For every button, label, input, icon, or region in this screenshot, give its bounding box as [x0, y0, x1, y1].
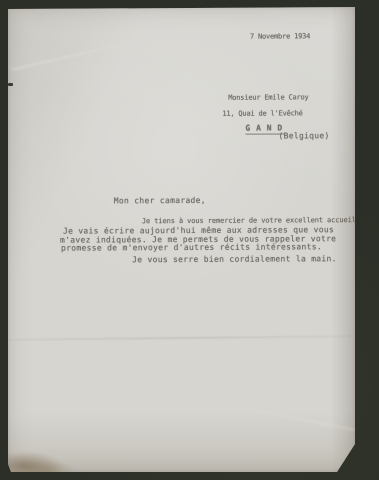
letter-text-layer: 7 Novembre 1934 Monsieur Emile Caroy 11,… — [8, 7, 355, 472]
letter-paper: 7 Novembre 1934 Monsieur Emile Caroy 11,… — [8, 7, 355, 472]
closing-line: Je vous serre bien cordialement la main. — [132, 254, 337, 264]
body-line: Je tiens à vous remercier de votre excel… — [142, 216, 355, 225]
salutation: Mon cher camarade, — [114, 196, 206, 205]
recipient-country: (Belgique) — [278, 131, 329, 140]
letter-date: 7 Novembre 1934 — [250, 32, 310, 40]
recipient-street: 11, Quai de l'Evêché — [222, 109, 302, 117]
scan-background: 7 Novembre 1934 Monsieur Emile Caroy 11,… — [0, 0, 379, 480]
recipient-name: Monsieur Emile Caroy — [228, 93, 308, 101]
body-line: promesse de m'envoyer d'autres récits in… — [61, 242, 322, 252]
